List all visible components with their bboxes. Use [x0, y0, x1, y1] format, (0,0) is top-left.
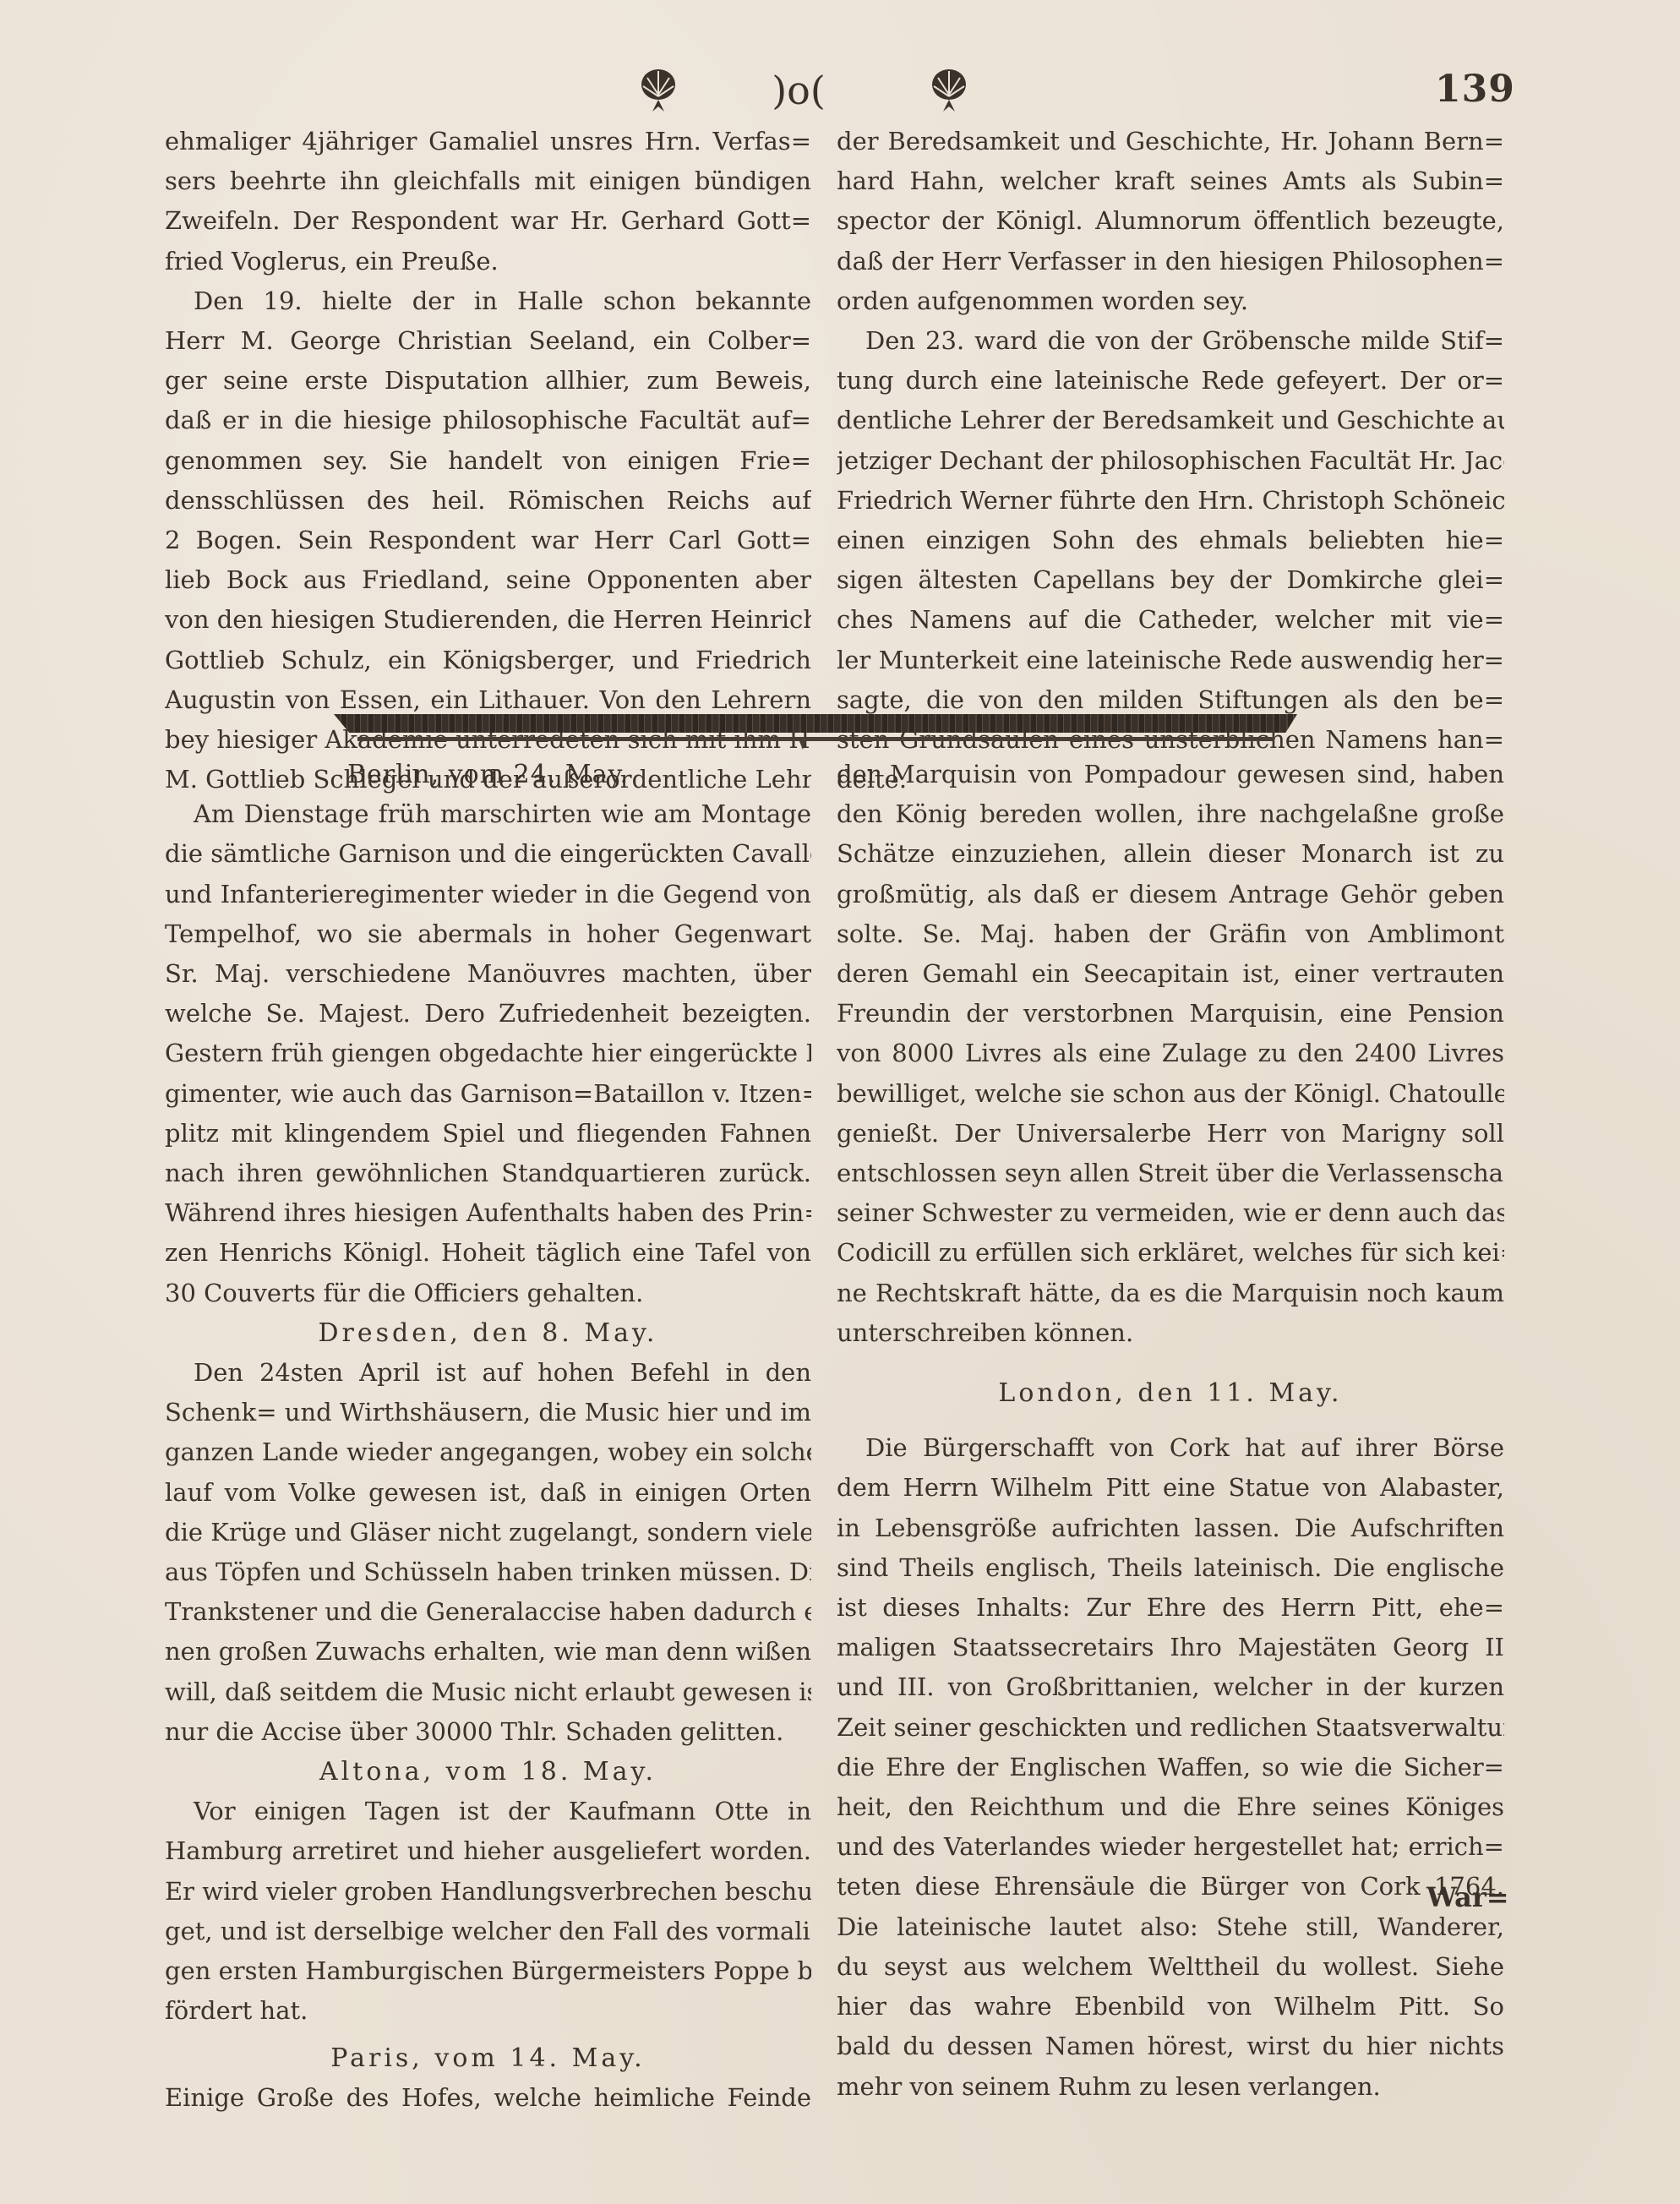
text-line: Er wird vieler groben Handlungsverbreche… [165, 1872, 811, 1912]
text-line: daß er in die hiesige philosophische Fac… [165, 401, 811, 440]
text-line: von 8000 Livres als eine Zulage zu den 2… [837, 1034, 1504, 1073]
dateline-paris: Paris, vom 14. May. [165, 2038, 811, 2078]
text-line: Am Dienstage früh marschirten wie am Mon… [165, 794, 811, 834]
text-line: Den 23. ward die von der Gröbensche mild… [837, 321, 1504, 361]
text-line: bewilliget, welche sie schon aus der Kön… [837, 1074, 1504, 1114]
text-line: lieb Bock aus Friedland, seine Opponente… [165, 560, 811, 600]
bottom-left-column: Berlin, vom 24. May. Am Dienstage früh m… [165, 755, 811, 2118]
text-line: nach ihren gewöhnlichen Standquartieren … [165, 1154, 811, 1193]
text-line: ger seine erste Disputation allhier, zum… [165, 361, 811, 401]
text-line: großmütig, als daß er diesem Antrage Geh… [837, 875, 1504, 914]
page-header: )o( 139 [0, 66, 1680, 125]
text-line: und III. von Großbrittanien, welcher in … [837, 1667, 1504, 1707]
text-line: gimenter, wie auch das Garnison=Bataillo… [165, 1074, 811, 1114]
text-line: unterschreiben können. [837, 1313, 1504, 1353]
fleuron-icon [637, 66, 679, 113]
text-line: Tempelhof, wo sie abermals in hoher Gege… [165, 914, 811, 954]
text-line: den König bereden wollen, ihre nachgelaß… [837, 794, 1504, 834]
text-line: ne Rechtskraft hätte, da es die Marquisi… [837, 1274, 1504, 1313]
text-line: Schätze einzuziehen, allein dieser Monar… [837, 834, 1504, 874]
text-line: daß der Herr Verfasser in den hiesigen P… [837, 242, 1504, 281]
rule-thin-bar [357, 737, 1274, 741]
text-line: die sämtliche Garnison und die eingerück… [165, 834, 811, 874]
text-line: ler Munterkeit eine lateinische Rede aus… [837, 641, 1504, 680]
section-divider-rule [334, 714, 1297, 748]
text-line: seiner Schwester zu vermeiden, wie er de… [837, 1193, 1504, 1233]
text-line: die Ehre der Englischen Waffen, so wie d… [837, 1748, 1504, 1787]
text-line: Friedrich Werner führte den Hrn. Christo… [837, 481, 1504, 521]
text-line: dentliche Lehrer der Beredsamkeit und Ge… [837, 401, 1504, 440]
text-line: nen großen Zuwachs erhalten, wie man den… [165, 1632, 811, 1672]
text-line: Vor einigen Tagen ist der Kaufmann Otte … [165, 1792, 811, 1831]
top-right-column: der Beredsamkeit und Geschichte, Hr. Joh… [837, 122, 1504, 799]
text-line: lauf vom Volke gewesen ist, daß in einig… [165, 1473, 811, 1513]
page-number: 139 [1435, 68, 1515, 111]
text-line: Zeit seiner geschickten und redlichen St… [837, 1708, 1504, 1748]
text-line: Codicill zu erfüllen sich erkläret, welc… [837, 1233, 1504, 1273]
text-line: aus Töpfen und Schüsseln haben trinken m… [165, 1552, 811, 1592]
text-line: Den 19. hielte der in Halle schon bekann… [165, 281, 811, 321]
dateline-berlin: Berlin, vom 24. May. [165, 755, 811, 794]
text-line: solte. Se. Maj. haben der Gräfin von Amb… [837, 914, 1504, 954]
text-line: der Beredsamkeit und Geschichte, Hr. Joh… [837, 122, 1504, 161]
bottom-right-column: der Marquisin von Pompadour gewesen sind… [837, 755, 1504, 2107]
text-line: genommen sey. Sie handelt von einigen Fr… [165, 441, 811, 481]
text-line: fördert hat. [165, 1991, 811, 2031]
text-line: hard Hahn, welcher kraft seines Amts als… [837, 161, 1504, 201]
text-line: jetziger Dechant der philosophischen Fac… [837, 441, 1504, 481]
dateline-dresden: Dresden, den 8. May. [165, 1313, 811, 1353]
top-left-column: ehmaliger 4jähriger Gamaliel unsres Hrn.… [165, 122, 811, 799]
text-line: Trankstener und die Generalaccise haben … [165, 1592, 811, 1632]
text-line: genießt. Der Universalerbe Herr von Mari… [837, 1114, 1504, 1154]
text-line: der Marquisin von Pompadour gewesen sind… [837, 755, 1504, 794]
text-line: ches Namens auf die Catheder, welcher mi… [837, 600, 1504, 640]
text-line: Sr. Maj. verschiedene Manöuvres machten,… [165, 954, 811, 994]
catchword: War= [1426, 1881, 1509, 1913]
text-line: plitz mit klingendem Spiel und fliegende… [165, 1114, 811, 1154]
text-line: du seyst aus welchem Welttheil du wolles… [837, 1947, 1504, 1987]
text-line: gen ersten Hamburgischen Bürgermeisters … [165, 1951, 811, 1991]
text-line: sers beehrte ihn gleichfalls mit einigen… [165, 161, 811, 201]
text-line: ehmaliger 4jähriger Gamaliel unsres Hrn.… [165, 122, 811, 161]
text-line: Die lateinische lautet also: Stehe still… [837, 1907, 1504, 1947]
text-line: teten diese Ehrensäule die Bürger von Co… [837, 1867, 1504, 1907]
text-line: 30 Couverts für die Officiers gehalten. [165, 1274, 811, 1313]
text-line: von den hiesigen Studierenden, die Herre… [165, 600, 811, 640]
text-line: sind Theils englisch, Theils lateinisch.… [837, 1548, 1504, 1588]
text-line: Gestern früh giengen obgedachte hier ein… [165, 1034, 811, 1073]
text-line: hier das wahre Ebenbild von Wilhelm Pitt… [837, 1987, 1504, 2027]
text-line: get, und ist derselbige welcher den Fall… [165, 1912, 811, 1951]
text-line: orden aufgenommen worden sey. [837, 281, 1504, 321]
text-line: will, daß seitdem die Music nicht erlaub… [165, 1672, 811, 1712]
text-line: und des Vaterlandes wieder hergestellet … [837, 1827, 1504, 1867]
text-line: zen Henrichs Königl. Hoheit täglich eine… [165, 1233, 811, 1273]
text-line: und Infanterieregimenter wieder in die G… [165, 875, 811, 914]
text-line: Schenk= und Wirthshäusern, die Music hie… [165, 1393, 811, 1432]
text-line: fried Voglerus, ein Preuße. [165, 242, 811, 281]
text-line: 2 Bogen. Sein Respondent war Herr Carl G… [165, 521, 811, 560]
dateline-altona: Altona, vom 18. May. [165, 1752, 811, 1792]
text-line: Während ihres hiesigen Aufenthalts haben… [165, 1193, 811, 1233]
text-line: spector der Königl. Alumnorum öffentlich… [837, 201, 1504, 241]
text-line: bald du dessen Namen hörest, wirst du hi… [837, 2027, 1504, 2066]
text-line: Hamburg arretiret und hieher ausgeliefer… [165, 1831, 811, 1871]
text-line: maligen Staatssecretairs Ihro Majestäten… [837, 1628, 1504, 1667]
text-line: die Krüge und Gläser nicht zugelangt, so… [165, 1513, 811, 1552]
text-line: in Lebensgröße aufrichten lassen. Die Au… [837, 1508, 1504, 1548]
text-line: Herr M. George Christian Seeland, ein Co… [165, 321, 811, 361]
text-line: entschlossen seyn allen Streit über die … [837, 1154, 1504, 1193]
text-line: dem Herrn Wilhelm Pitt eine Statue von A… [837, 1468, 1504, 1508]
text-line: ganzen Lande wieder angegangen, wobey ei… [165, 1432, 811, 1472]
text-line: welche Se. Majest. Dero Zufriedenheit be… [165, 994, 811, 1034]
text-line: Gottlieb Schulz, ein Königsberger, und F… [165, 641, 811, 680]
text-line: nur die Accise über 30000 Thlr. Schaden … [165, 1712, 811, 1752]
fleuron-icon [928, 66, 970, 113]
text-line: ist dieses Inhalts: Zur Ehre des Herrn P… [837, 1588, 1504, 1628]
ornament-middle: )o( [765, 69, 832, 117]
text-line: heit, den Reichthum und die Ehre seines … [837, 1787, 1504, 1827]
text-line: deren Gemahl ein Seecapitain ist, einer … [837, 954, 1504, 994]
text-line: mehr von seinem Ruhm zu lesen verlangen. [837, 2067, 1504, 2107]
rule-center-nib [799, 739, 807, 750]
text-line: einen einzigen Sohn des ehmals beliebten… [837, 521, 1504, 560]
text-line: Den 24sten April ist auf hohen Befehl in… [165, 1353, 811, 1393]
text-line: Die Bürgerschafft von Cork hat auf ihrer… [837, 1428, 1504, 1468]
text-line: Freundin der verstorbnen Marquisin, eine… [837, 994, 1504, 1034]
text-line: densschlüssen des heil. Römischen Reichs… [165, 481, 811, 521]
rule-thick-bar [334, 714, 1297, 733]
text-line: sigen ältesten Capellans bey der Domkirc… [837, 560, 1504, 600]
text-line: tung durch eine lateinische Rede gefeyer… [837, 361, 1504, 401]
dateline-london: London, den 11. May. [837, 1373, 1504, 1413]
text-line: Einige Große des Hofes, welche heimliche… [165, 2078, 811, 2118]
text-line: Zweifeln. Der Respondent war Hr. Gerhard… [165, 201, 811, 241]
